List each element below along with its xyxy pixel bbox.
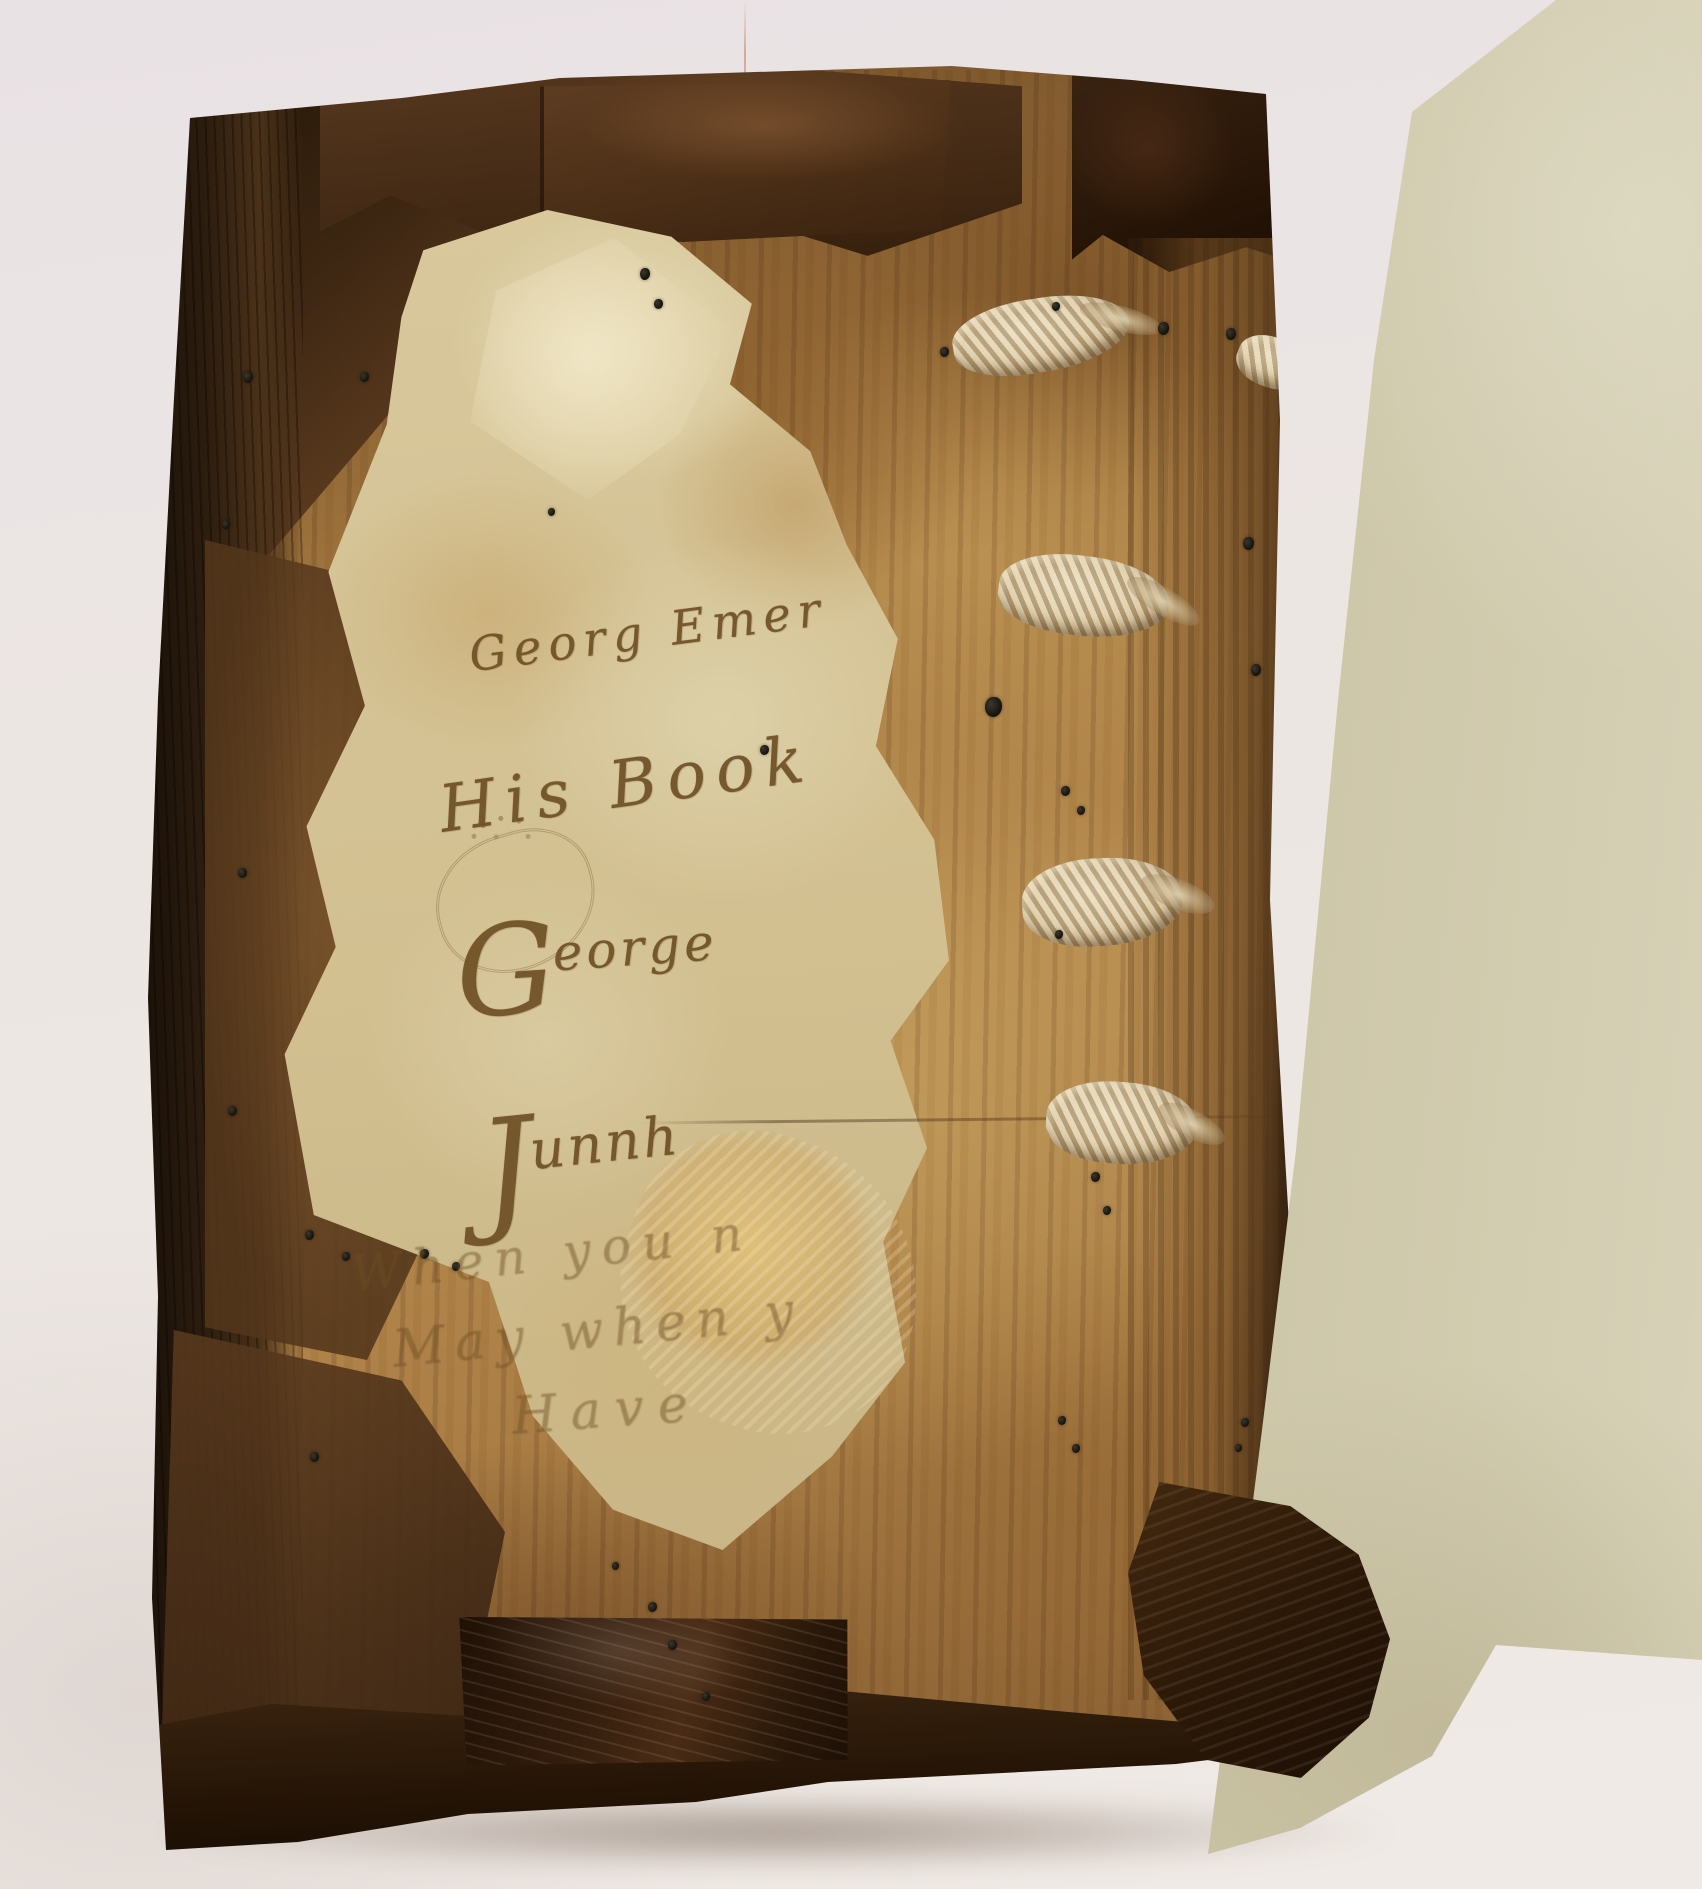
photo-stage: Georg Emer His Book George Junnh When yo… xyxy=(0,0,1702,1889)
ink-hole xyxy=(668,1640,677,1650)
ink-hole xyxy=(310,1452,319,1462)
ink-hole xyxy=(1061,786,1070,796)
sewing-cord xyxy=(947,285,1134,386)
ink-hole xyxy=(640,268,650,280)
sewing-cord xyxy=(994,546,1174,646)
ink-hole xyxy=(342,1252,350,1261)
ink-hole xyxy=(238,868,247,878)
ink-hole xyxy=(702,1692,710,1701)
ink-hole xyxy=(760,745,769,755)
ink-hole xyxy=(548,508,555,516)
ink-hole xyxy=(420,1249,429,1259)
ink-hole xyxy=(654,299,663,309)
ink-hole xyxy=(1226,328,1236,340)
ink-hole xyxy=(985,697,1002,717)
ink-hole xyxy=(648,1602,657,1612)
ink-hole xyxy=(1072,1444,1080,1453)
ink-hole xyxy=(1241,1418,1249,1427)
ink-hole xyxy=(1058,1416,1066,1425)
ink-hole xyxy=(1251,664,1261,676)
ink-hole xyxy=(1103,1206,1111,1215)
ink-hole xyxy=(243,371,253,383)
ink-hole xyxy=(1091,1172,1100,1182)
sewing-cord xyxy=(1020,854,1186,950)
ink-hole xyxy=(1235,1444,1242,1452)
ink-hole xyxy=(222,520,230,529)
ink-hole xyxy=(1077,806,1085,815)
ink-hole xyxy=(452,1262,460,1271)
ink-hole xyxy=(228,1106,237,1116)
ink-hole xyxy=(305,1230,314,1240)
ink-hole xyxy=(612,1562,619,1570)
ink-hole xyxy=(1158,322,1169,335)
ink-hole xyxy=(940,347,949,357)
ink-hole xyxy=(1243,537,1254,550)
ink-hole xyxy=(360,372,369,382)
sewing-cord xyxy=(1043,1077,1200,1169)
